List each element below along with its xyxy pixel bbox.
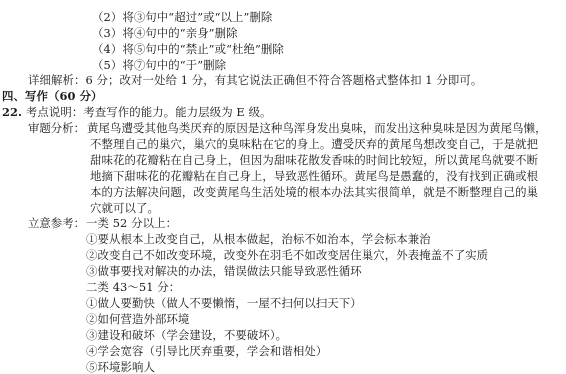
point-label: 考点说明： bbox=[26, 105, 83, 119]
tier2-item: ①做人要勤快（做人不要懒惰，一屋不扫何以扫天下） bbox=[86, 296, 362, 310]
tier2-item: ②如何营造外部环境 bbox=[86, 312, 189, 326]
tier2-item: ④学会宽容（引导比厌弃重要，学会和谐相处） bbox=[86, 344, 327, 358]
detail-analysis: 详细解析：6 分；改对一处给 1 分，有其它说法正确但不符合答题格式整体扣 1 … bbox=[28, 73, 482, 87]
question-number: 22. bbox=[2, 105, 22, 119]
analysis-line: 穴就可以了。 bbox=[90, 201, 159, 215]
analysis-line: 甜味花的花瓣粘在自己身上，但因为甜味花散发香味的时间比较短，所以黄尾鸟就要不断 bbox=[90, 153, 538, 167]
detail-analysis-text: 6 分；改对一处给 1 分，有其它说法正确但不符合答题格式整体扣 1 分即可。 bbox=[85, 73, 482, 87]
tier2-heading: 二类 43～51 分： bbox=[86, 280, 180, 294]
tier2-item: ⑤环境影响人 bbox=[86, 360, 155, 374]
analysis-label: 审题分析： bbox=[28, 121, 85, 135]
tier1-item: ③做事要找对解决的办法，错误做法只能导致恶性循环 bbox=[86, 264, 362, 278]
tier1-item: ①要从根本上改变自己，从根本做起，治标不如治本，学会标本兼治 bbox=[86, 232, 431, 246]
revision-item-3: （3）将④句中的“亲身”删除 bbox=[92, 26, 238, 40]
analysis-line: 不整理自己的巢穴，巢穴的臭味粘在它的身上。遭受厌弃的黄尾鸟想改变自己，于是就把 bbox=[90, 137, 538, 151]
revision-item-2: （2）将③句中“超过”或“以上”删除 bbox=[92, 10, 272, 24]
tier1-heading: 一类 52 分以上： bbox=[86, 216, 177, 230]
analysis-line: 地摘下甜味花的花瓣粘在自己身上，导致恶性循环。黄尾鸟是愚蠢的，没有找到正确或根 bbox=[90, 169, 538, 183]
tier2-item: ③建设和破坏（学会建设，不要破坏）。 bbox=[86, 328, 287, 342]
revision-item-4: （4）将⑤句中的“禁止”或“杜绝”删除 bbox=[92, 42, 284, 56]
revision-item-5: （5）将⑦句中的“于”删除 bbox=[92, 58, 226, 72]
reference-label: 立意参考： bbox=[28, 216, 85, 230]
question-point-line: 22. 考点说明：考查写作的能力。能力层级为 E 级。 bbox=[2, 105, 272, 119]
detail-analysis-label: 详细解析： bbox=[28, 73, 85, 87]
analysis-line: 黄尾鸟遭受其他鸟类厌弃的原因是这种鸟浑身发出臭味，而发出这种臭味是因为黄尾鸟懒， bbox=[87, 121, 547, 135]
section-heading: 四、写作（60 分） bbox=[2, 89, 103, 103]
analysis-line: 本的方法解决问题，改变黄尾鸟生活处境的根本办法其实很简单，就是不断整理自己的巢 bbox=[90, 185, 538, 199]
tier1-item: ②改变自己不如改变环境，改变外在羽毛不如改变居住巢穴，外表掩盖不了实质 bbox=[86, 248, 488, 262]
point-text: 考查写作的能力。能力层级为 E 级。 bbox=[83, 105, 271, 119]
